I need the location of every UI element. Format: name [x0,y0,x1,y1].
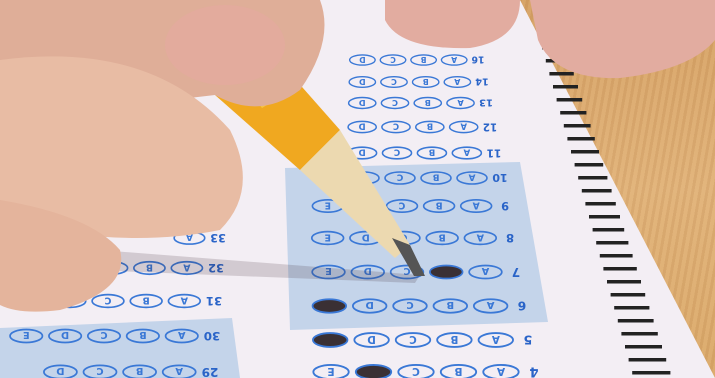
bubble-letter: C [100,329,107,340]
answer-bubble[interactable] [430,265,463,278]
bubble-letter: B [143,294,150,305]
timing-mark [564,124,591,128]
bubble-letter: A [457,98,464,108]
timing-mark [614,306,649,310]
bubble-letter: C [105,294,112,305]
bubble-letter: B [454,365,462,378]
bubble-letter: B [439,231,446,242]
bubble-letter: C [392,98,398,108]
answer-bubble[interactable] [313,299,347,312]
bubble-letter: A [487,299,495,310]
timing-mark [603,267,636,271]
timing-mark [618,319,654,323]
bubble-letter: D [359,122,366,132]
bubble-letter: C [390,55,396,64]
bubble-letter: D [367,333,376,345]
timing-mark [596,241,628,245]
bubble-letter: A [175,365,183,376]
bubble-letter: D [56,365,64,376]
question-number: 16 [471,54,484,65]
photo-scene: 16ABCD14ABCD13ABCD12ABCD11ABCD10ABCDE9AB… [0,0,715,378]
bubble-letter: B [436,199,443,210]
bubble-letter: E [325,199,331,210]
bubble-letter: C [396,172,403,182]
bubble-letter: A [492,333,500,345]
question-number: 11 [487,146,502,159]
timing-mark [557,98,583,102]
question-number: 6 [518,299,527,313]
bubble-letter: A [468,172,475,182]
question-number: 31 [206,294,222,308]
timing-mark [593,228,625,232]
bubble-letter: A [496,365,505,378]
timing-mark [607,280,641,284]
question-number: 30 [204,329,221,343]
bubble-letter: D [359,77,366,86]
bubble-letter: A [180,294,188,305]
thumbnail [165,5,285,85]
answer-sheet: 16ABCD14ABCD13ABCD12ABCD11ABCD10ABCDE9AB… [0,0,715,378]
timing-mark [600,254,633,258]
bubble-letter: A [472,199,480,210]
finger-top-right [530,0,715,78]
bubble-letter: D [61,329,69,340]
bubble-letter: C [412,365,420,378]
bubble-letter: C [393,122,399,132]
timing-mark [560,111,586,115]
answer-bubble[interactable] [356,365,391,378]
bubble-letter: E [327,365,334,378]
timing-mark [629,358,667,362]
bubble-letter: A [460,122,467,132]
question-number: 14 [475,76,489,87]
bubble-letter: A [476,231,484,242]
bubble-letter: C [394,147,400,157]
question-number: 10 [492,171,508,184]
bubble-letter: D [359,55,365,64]
bubble-letter: B [428,147,435,157]
question-number: 7 [512,265,520,279]
bubble-letter: B [425,98,431,108]
bubble-letter: E [23,329,30,340]
bubble-letter: A [178,329,186,340]
timing-mark [589,215,620,219]
bubble-letter: E [324,231,331,242]
bubble-letter: B [427,122,433,132]
timing-mark [575,163,604,167]
bubble-letter: B [450,333,458,345]
question-number: 9 [501,199,509,213]
question-number: 33 [210,231,226,244]
bubble-letter: C [406,299,413,310]
question-number: 5 [524,333,533,348]
bubble-letter: C [409,333,417,345]
bubble-letter: A [481,265,489,276]
timing-mark [571,150,599,154]
bubble-letter: B [446,299,454,310]
timing-mark [632,371,670,375]
bubble-letter: C [96,365,103,376]
timing-mark [585,202,615,206]
timing-mark [549,72,573,76]
timing-mark [625,345,662,349]
answer-bubble[interactable] [313,333,348,347]
bubble-letter: A [451,55,457,64]
question-number: 8 [506,231,514,245]
question-number: 12 [483,120,497,132]
bubble-letter: B [432,172,439,182]
bubble-letter: B [139,329,146,340]
bubble-letter: C [391,77,397,86]
bubble-letter: B [421,55,427,64]
bubble-letter: A [453,77,460,86]
bubble-letter: C [398,199,405,210]
timing-mark [567,137,594,141]
question-number: 29 [202,365,219,378]
bubble-letter: D [359,98,366,108]
bubble-letter: A [463,147,470,157]
bubble-letter: B [136,365,144,376]
timing-mark [582,189,612,193]
question-number: 13 [479,96,493,107]
bubble-letter: D [365,299,373,310]
question-number: 4 [529,363,538,378]
bubble-letter: B [423,77,429,86]
timing-mark [578,176,607,180]
bubble-letter: D [358,147,365,157]
timing-mark [621,332,657,336]
timing-mark [611,293,646,297]
timing-mark [553,85,578,89]
